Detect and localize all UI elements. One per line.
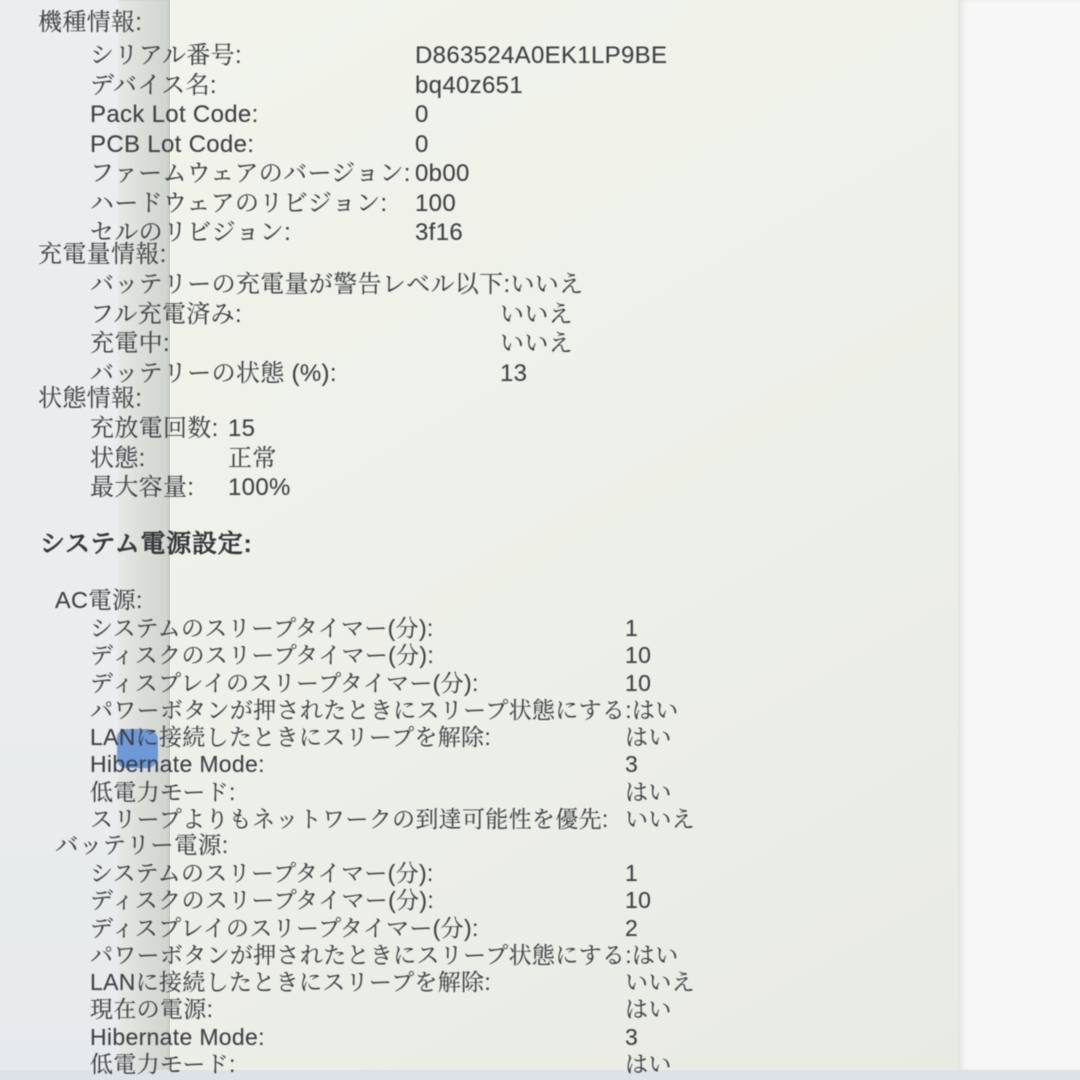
row-label: デバイス名: [90,71,415,101]
row-label: 現在の電源: [90,996,625,1023]
row-label: ディスクのスリープタイマー(分): [90,887,625,914]
row-label: バッテリーの充電量が警告レベル以下: [90,270,510,300]
section-title: 機種情報: [38,8,667,38]
row-value: 0 [415,101,429,128]
row-value: はい [632,697,679,723]
row-value: 10 [625,887,651,913]
row-label: Pack Lot Code: [90,100,415,130]
info-row: LANに接続したときにスリープを解除:はい [38,724,695,751]
row-label: システムのスリープタイマー(分): [90,860,625,887]
info-row: 充電中:いいえ [38,329,583,359]
info-row: 低電力モード:はい [38,779,695,806]
row-label: ファームウェアのバージョン: [90,159,415,189]
info-row: ディスプレイのスリープタイマー(分):2 [38,915,695,942]
row-value: 100% [228,474,291,501]
info-row: Hibernate Mode:3 [38,1024,695,1051]
info-row: 低電力モード:はい [38,1051,695,1078]
info-row: 現在の電源:はい [38,996,695,1023]
info-row: シリアル番号:D863524A0EK1LP9BE [38,41,667,71]
row-label: ディスプレイのスリープタイマー(分): [90,915,625,942]
section-charge-info: 充電量情報: バッテリーの充電量が警告レベル以下:いいえ フル充電済み:いいえ … [38,240,583,388]
info-row: ファームウェアのバージョン:0b00 [38,159,667,189]
row-value: いいえ [510,271,583,298]
row-label: 最大容量: [90,473,228,503]
row-label: スリープよりもネットワークの到達可能性を優先: [90,806,625,833]
row-label: LANに接続したときにスリープを解除: [90,724,625,751]
system-information-photo: 機種情報: シリアル番号:D863524A0EK1LP9BE デバイス名:bq4… [0,0,1080,1080]
row-value: 1 [625,615,638,641]
row-label: Hibernate Mode: [90,1024,625,1051]
info-row: LANに接続したときにスリープを解除:いいえ [38,969,695,996]
row-label: 状態: [90,444,228,474]
section-title: AC電源: [38,586,695,615]
row-label: 低電力モード: [90,779,625,806]
row-value: はい [625,1051,672,1077]
row-value: bq40z651 [415,72,523,99]
row-value: 100 [415,190,456,217]
row-label: パワーボタンが押されたときにスリープ状態にする: [90,697,632,724]
row-value: 0 [415,131,429,158]
row-value: 0b00 [415,160,470,187]
info-row: パワーボタンが押されたときにスリープ状態にする:はい [38,942,695,969]
row-label: フル充電済み: [90,300,500,330]
info-row: システムのスリープタイマー(分):1 [38,615,695,642]
row-value: はい [625,779,672,805]
row-label: パワーボタンが押されたときにスリープ状態にする: [90,942,632,969]
section-model-info: 機種情報: シリアル番号:D863524A0EK1LP9BE デバイス名:bq4… [38,8,667,248]
section-title: バッテリー電源: [38,831,695,860]
row-label: 充放電回数: [90,414,228,444]
row-label: Hibernate Mode: [90,751,625,778]
row-value: はい [632,942,679,968]
row-label: LANに接続したときにスリープを解除: [90,969,625,996]
section-battery-power: バッテリー電源: システムのスリープタイマー(分):1 ディスクのスリープタイマ… [38,831,695,1078]
info-row: PCB Lot Code:0 [38,130,667,160]
info-row: デバイス名:bq40z651 [38,71,667,101]
info-row: Hibernate Mode:3 [38,751,695,778]
info-row: システムのスリープタイマー(分):1 [38,860,695,887]
row-value: いいえ [500,330,573,357]
row-value: 10 [625,670,651,696]
row-label: ハードウェアのリビジョン: [90,189,415,219]
info-row: バッテリーの充電量が警告レベル以下:いいえ [38,270,583,300]
report-text-layer: 機種情報: シリアル番号:D863524A0EK1LP9BE デバイス名:bq4… [0,0,1080,1080]
row-value: はい [625,724,672,750]
row-label: シリアル番号: [90,41,415,71]
info-row: 最大容量:100% [38,473,291,503]
row-value: はい [625,996,672,1022]
section-ac-power: AC電源: システムのスリープタイマー(分):1 ディスクのスリープタイマー(分… [38,586,695,833]
row-value: 正常 [228,445,277,472]
row-value: 15 [228,415,255,442]
row-value: いいえ [625,969,695,995]
row-value: いいえ [625,806,695,832]
row-label: 低電力モード: [90,1051,625,1078]
row-label: システムのスリープタイマー(分): [90,615,625,642]
info-row: スリープよりもネットワークの到達可能性を優先:いいえ [38,806,695,833]
row-label: ディスクのスリープタイマー(分): [90,642,625,669]
info-row: ハードウェアのリビジョン:100 [38,189,667,219]
row-value: 1 [625,860,638,886]
info-row: 充放電回数:15 [38,414,291,444]
row-value: 3 [625,1024,638,1050]
section-health-info: 状態情報: 充放電回数:15 状態:正常 最大容量:100% [38,384,291,503]
info-row: ディスプレイのスリープタイマー(分):10 [38,670,695,697]
info-row: 状態:正常 [38,444,291,474]
row-value: 10 [625,642,651,668]
row-value: いいえ [500,301,573,328]
row-value: D863524A0EK1LP9BE [415,42,667,69]
section-title: 充電量情報: [38,240,583,270]
system-power-settings-title: システム電源設定: [40,524,253,560]
info-row: パワーボタンが押されたときにスリープ状態にする:はい [38,697,695,724]
info-row: ディスクのスリープタイマー(分):10 [38,887,695,914]
info-row: フル充電済み:いいえ [38,300,583,330]
row-value: 2 [625,915,638,941]
info-row: ディスクのスリープタイマー(分):10 [38,642,695,669]
section-title: 状態情報: [38,384,291,414]
row-label: ディスプレイのスリープタイマー(分): [90,670,625,697]
row-value: 3 [625,751,638,777]
row-label: 充電中: [90,329,500,359]
row-value: 13 [500,360,527,387]
info-row: Pack Lot Code:0 [38,100,667,130]
row-label: PCB Lot Code: [90,130,415,160]
